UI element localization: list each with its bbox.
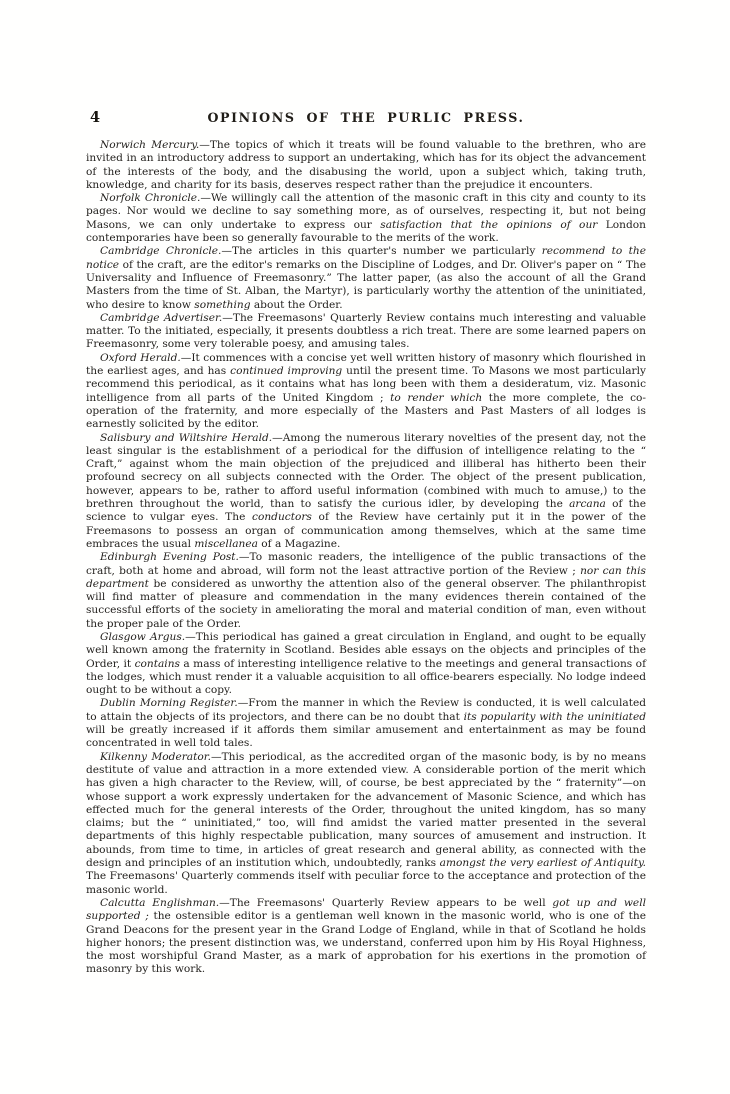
scanned-book-page: 4 OPINIONS OF THE PURLIC PRESS. Norwich … (0, 0, 730, 1094)
italic-text: Calcutta Englishman. (100, 897, 219, 909)
italic-text: amongst the very earliest of Antiquity. (440, 857, 646, 869)
press-opinion-paragraph: Salisbury and Wiltshire Herald.—Among th… (86, 432, 646, 552)
paragraph-text: —The Freemasons' Quarterly Review appear… (219, 897, 552, 909)
italic-text: satisfaction that the opinions of our (380, 219, 597, 231)
press-opinion-paragraph: Norfolk Chronicle.—We willingly call the… (86, 192, 646, 245)
paragraph-text: will be greatly increased if it affords … (86, 724, 646, 749)
italic-text: Norfolk Chronicle. (100, 192, 200, 204)
italic-text: Dublin Morning Register. (100, 697, 238, 709)
press-opinion-paragraph: Oxford Herald.—It commences with a conci… (86, 352, 646, 432)
page-header: 4 OPINIONS OF THE PURLIC PRESS. (86, 110, 646, 128)
press-opinion-paragraph: Glasgow Argus.—This periodical has gaine… (86, 631, 646, 697)
page-title: OPINIONS OF THE PURLIC PRESS. (86, 110, 646, 125)
paragraph-text: about the Order. (250, 299, 342, 311)
italic-text: conductors (252, 511, 312, 523)
italic-text: Norwich Mercury. (100, 139, 199, 151)
press-opinion-paragraph: Cambridge Advertiser.—The Freemasons' Qu… (86, 312, 646, 352)
press-opinion-paragraph: Calcutta Englishman.—The Freemasons' Qua… (86, 897, 646, 977)
italic-text: Salisbury and Wiltshire Herald. (100, 432, 272, 444)
italic-text: contains (135, 658, 180, 670)
italic-text: something (194, 299, 250, 311)
paragraph-text: of a Magazine. (258, 538, 340, 550)
italic-text: Kilkenny Moderator. (100, 751, 211, 763)
italic-text: Cambridge Chronicle. (100, 245, 221, 257)
press-opinion-paragraph: Norwich Mercury.—The topics of which it … (86, 139, 646, 192)
italic-text: Glasgow Argus. (100, 631, 185, 643)
paragraph-text: —The articles in this quarter's number w… (221, 245, 541, 257)
italic-text: Oxford Herald. (100, 352, 181, 364)
italic-text: to render which (390, 392, 482, 404)
italic-text: its popularity with the uninitiated (464, 711, 646, 723)
italic-text: Edinburgh Evening Post. (100, 551, 239, 563)
paragraph-text: —This periodical, as the accredited orga… (86, 751, 646, 869)
press-opinion-paragraph: Kilkenny Moderator.—This periodical, as … (86, 751, 646, 897)
page-number: 4 (90, 109, 100, 126)
italic-text: arcana (569, 498, 606, 510)
italic-text: Cambridge Advertiser. (100, 312, 222, 324)
paragraph-text: be considered as unworthy the attention … (86, 578, 646, 630)
press-opinion-paragraph: Edinburgh Evening Post.—To masonic reade… (86, 551, 646, 631)
press-opinion-paragraph: Dublin Morning Register.—From the manner… (86, 697, 646, 750)
paragraph-text: The Freemasons' Quarterly commends itsel… (86, 870, 646, 895)
paragraph-text: the ostensible editor is a gentleman wel… (86, 910, 646, 975)
italic-text: miscellanea (194, 538, 258, 550)
paragraph-text: of the craft, are the editor's remarks o… (86, 259, 646, 311)
press-opinions-body: Norwich Mercury.—The topics of which it … (86, 139, 646, 977)
italic-text: continued improving (230, 365, 342, 377)
press-opinion-paragraph: Cambridge Chronicle.—The articles in thi… (86, 245, 646, 311)
